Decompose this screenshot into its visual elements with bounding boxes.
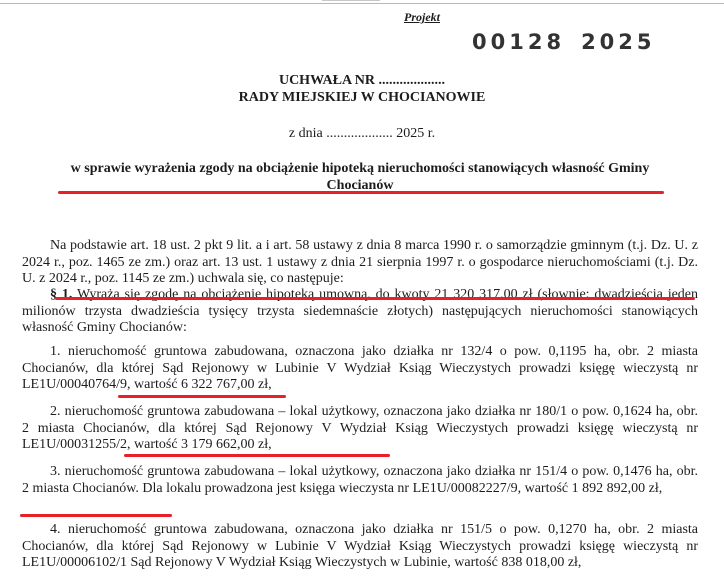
annotation-underline [55,297,695,300]
stamp-number: 00128 [472,30,565,54]
page-top-border [0,3,724,4]
projekt-label: Projekt [404,10,440,25]
resolution-subject: w sprawie wyrażenia zgody na obciążenie … [40,160,680,194]
resolution-date: z dnia ................... 2025 r. [0,126,724,142]
annotation-underline [58,191,664,194]
property-item-1: 1. nieruchomość gruntowa zabudowana, ozn… [22,344,698,394]
annotation-underline [118,395,286,398]
stamp-year: 2025 [581,30,655,54]
council-name: RADY MIEJSKIEJ W CHOCIANOWIE [0,90,724,106]
section-1: § 1. Wyraża się zgodę na obciążenie hipo… [22,287,698,337]
page-top-notch [322,0,380,1]
resolution-number: UCHWAŁA NR ................... [0,73,724,89]
annotation-underline [124,454,390,457]
property-item-2: 2. nieruchomość gruntowa zabudowana – lo… [22,404,698,454]
property-item-3: 3. nieruchomość gruntowa zabudowana – lo… [22,464,698,497]
document-stamp-number: 001282025 [472,30,656,54]
preamble: Na podstawie art. 18 ust. 2 pkt 9 lit. a… [22,238,698,288]
property-item-4: 4. nieruchomość gruntowa zabudowana, ozn… [22,522,698,572]
section-1-text: Wyraża się zgodę na obciążenie hipoteką … [22,287,698,335]
annotation-underline [20,514,172,517]
